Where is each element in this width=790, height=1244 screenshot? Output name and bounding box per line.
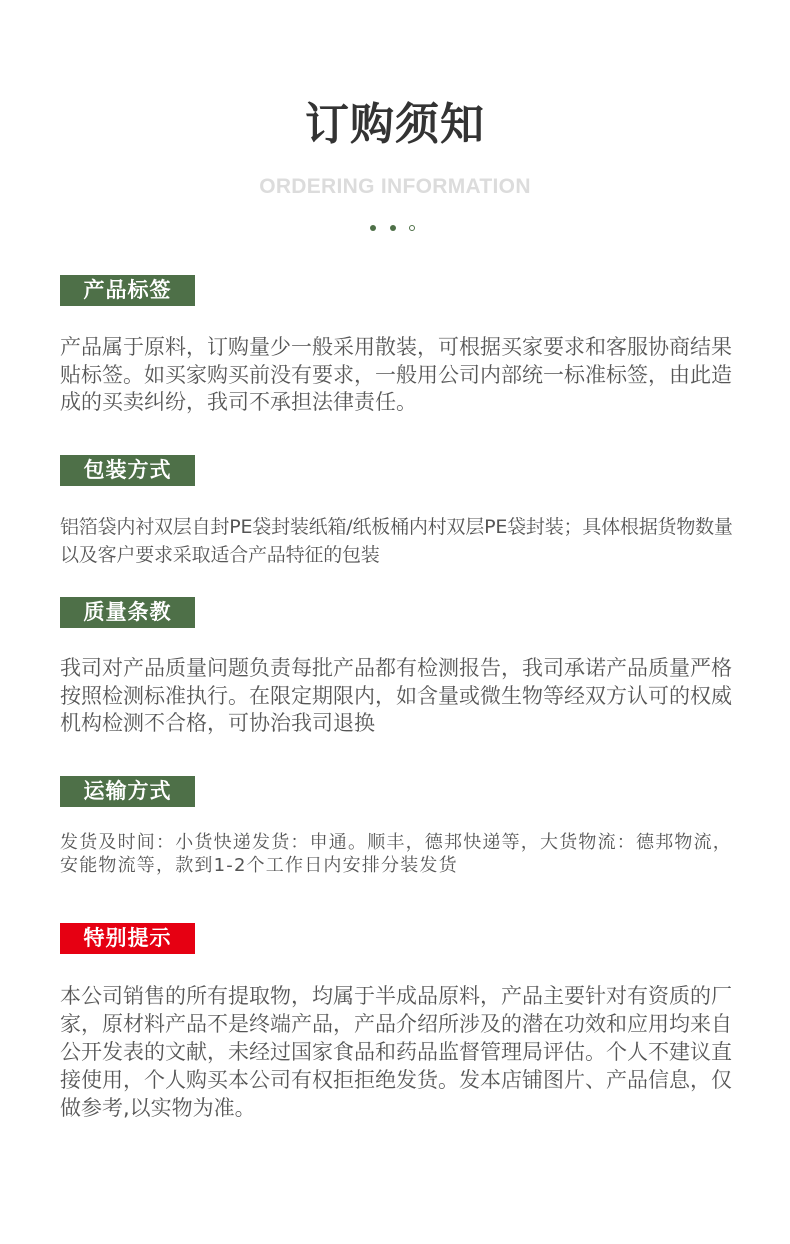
section-badge-product-label: 产品标签 (60, 275, 195, 306)
section-text-shipping: 发货及时间：小货快递发货：申通。顺丰，德邦快递等，大货物流：德邦物流，安能物流等… (60, 831, 740, 877)
page-subtitle: ORDERING INFORMATION (0, 174, 790, 200)
section-badge-special-notice: 特别提示 (60, 923, 195, 954)
section-text-packaging: 铝箔袋内衬双层自封PE袋封装纸箱/纸板桶内村双层PE袋封装；具体根据货物数量以及… (60, 513, 740, 569)
decorative-dots (370, 225, 420, 232)
dot-filled-icon (390, 225, 396, 231)
section-text-product-label: 产品属于原料，订购量少一般采用散装，可根据买家要求和客服协商结果贴标签。如买家购… (60, 334, 740, 417)
dot-filled-icon (370, 225, 376, 231)
page-title: 订购须知 (0, 98, 790, 152)
section-badge-quality: 质量条教 (60, 597, 195, 628)
section-badge-packaging: 包装方式 (60, 455, 195, 486)
section-text-quality: 我司对产品质量问题负责每批产品都有检测报告，我司承诺产品质量严格按照检测标准执行… (60, 655, 740, 738)
section-text-special-notice: 本公司销售的所有提取物，均属于半成品原料，产品主要针对有资质的厂家，原材料产品不… (60, 982, 740, 1122)
dot-hollow-icon (409, 225, 415, 231)
section-badge-shipping: 运输方式 (60, 776, 195, 807)
